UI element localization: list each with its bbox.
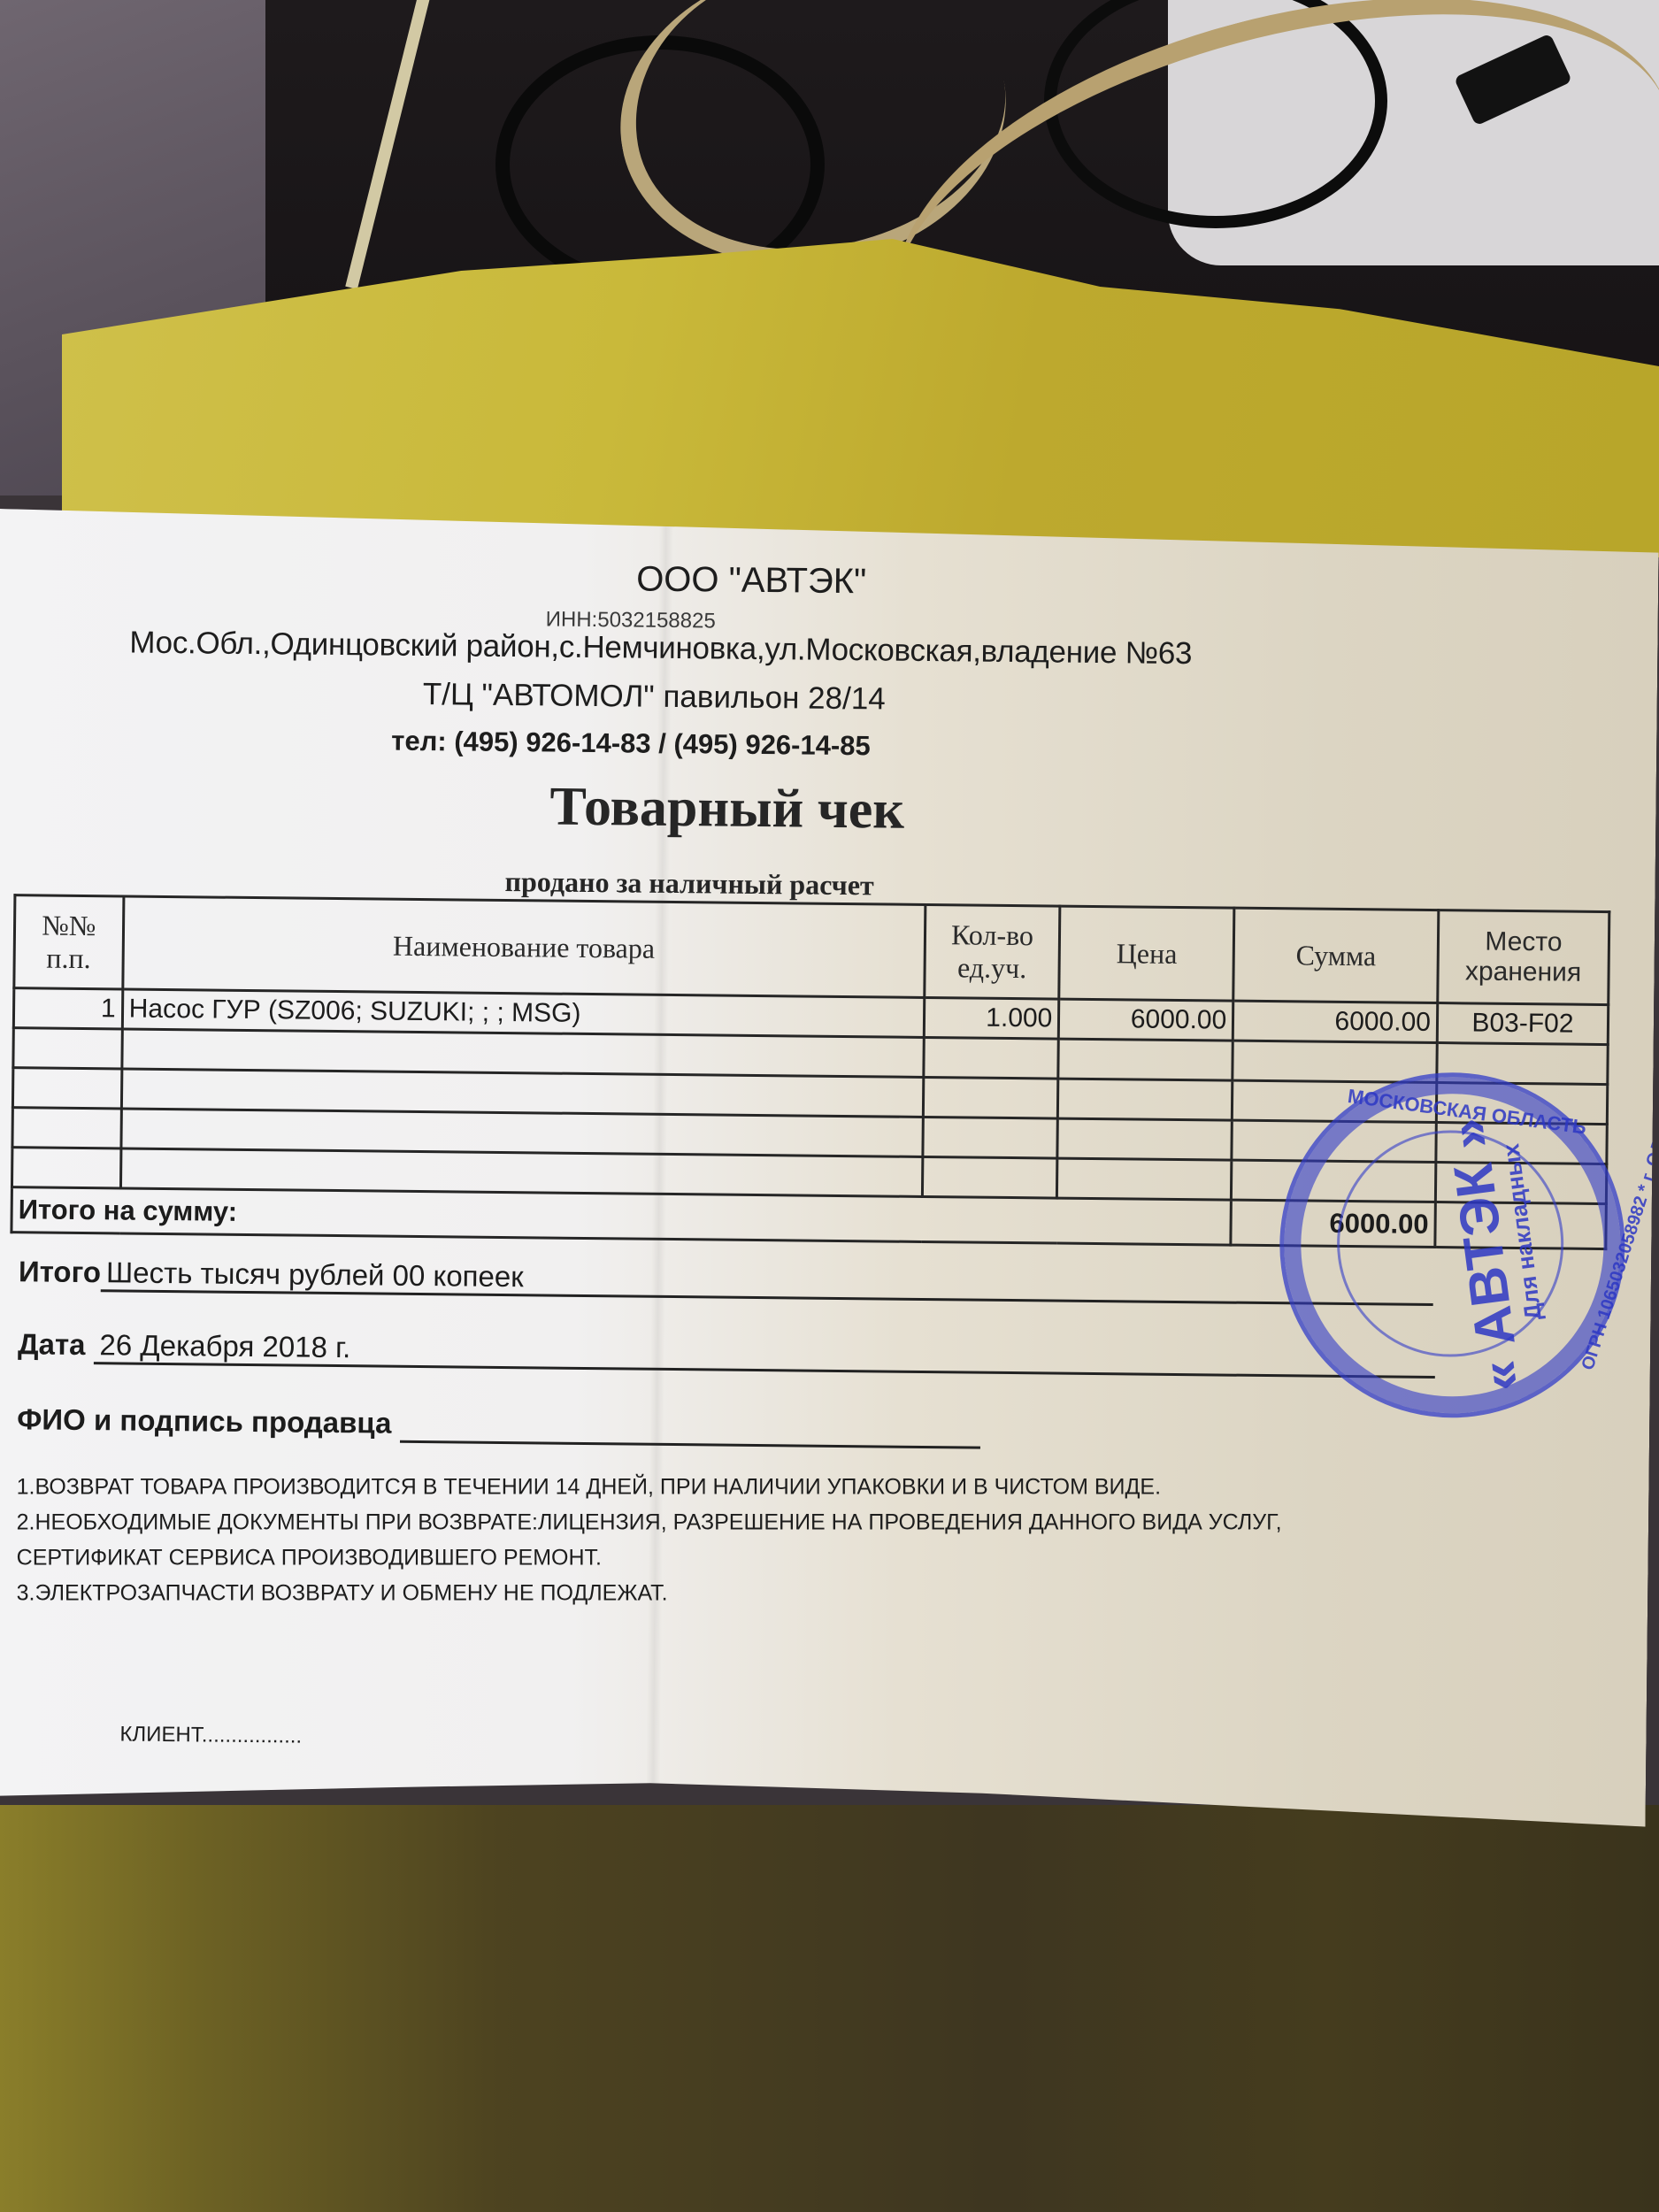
terms-line: сертификат сервиса производившего ремонт… [17, 1540, 1282, 1575]
seller-signature-line: ФИО и подпись продавца [17, 1402, 981, 1448]
sales-receipt: ООО "АВТЭК" ИНН:5032158825 Мос.Обл.,Один… [0, 509, 1659, 1854]
header-quantity: Кол-во ед.уч. [925, 904, 1061, 999]
terms-line: 2.Необходимые документы при возврате:лиц… [17, 1504, 1282, 1540]
row-quantity: 1.000 [924, 997, 1059, 1039]
terms-line: 1.Возврат товара производится в течении … [17, 1469, 1282, 1504]
company-address: Мос.Обл.,Одинцовский район,с.Немчиновка,… [129, 626, 1192, 672]
header-location: Место хранения [1438, 910, 1609, 1005]
client-signature: КЛИЕНТ................. [119, 1722, 302, 1748]
header-name: Наименование товара [122, 896, 925, 997]
table-header-row: №№ п.п. Наименование товара Кол-во ед.уч… [14, 895, 1609, 1005]
date-label: Дата [18, 1327, 86, 1361]
row-location: B03-F02 [1437, 1003, 1609, 1045]
header-location-line1: Место [1445, 926, 1602, 958]
header-quantity-line1: Кол-во [932, 918, 1054, 952]
header-number-line2: п.п. [20, 941, 116, 975]
document-subtitle: продано за наличный расчет [504, 865, 874, 902]
header-quantity-line2: ед.уч. [931, 951, 1053, 985]
seller-signature-field [400, 1407, 980, 1449]
date-line: Дата26 Декабря 2018 г. [18, 1327, 1436, 1379]
seller-signature-label: ФИО и подпись продавца [17, 1402, 392, 1439]
company-pavilion: Т/Ц "АВТОМОЛ" павильон 28/14 [423, 677, 886, 717]
header-number: №№ п.п. [14, 895, 124, 989]
date-value: 26 Декабря 2018 г. [94, 1328, 1435, 1379]
return-terms: 1.Возврат товара производится в течении … [17, 1469, 1282, 1610]
document-title: Товарный чек [549, 776, 904, 842]
total-in-words-value: Шесть тысяч рублей 00 копеек [101, 1256, 1433, 1306]
total-in-words-label: Итого [19, 1255, 101, 1288]
total-in-words: ИтогоШесть тысяч рублей 00 копеек [19, 1255, 1433, 1306]
row-price: 6000.00 [1059, 999, 1233, 1041]
header-price: Цена [1059, 906, 1234, 1001]
header-number-line1: №№ [21, 909, 117, 942]
company-phone: тел: (495) 926-14-83 / (495) 926-14-85 [391, 726, 871, 763]
goods-table: №№ п.п. Наименование товара Кол-во ед.уч… [10, 894, 1610, 1250]
total-value: 6000.00 [1231, 1200, 1435, 1247]
row-sum: 6000.00 [1233, 1001, 1438, 1042]
header-location-line2: хранения [1444, 956, 1601, 988]
row-number: 1 [13, 988, 122, 1029]
company-name: ООО "АВТЭК" [636, 560, 866, 603]
yellow-bag-bottom [0, 1805, 1659, 2212]
terms-line: 3.Электрозапчасти возврату и обмену не п… [17, 1575, 1282, 1610]
header-sum: Сумма [1233, 908, 1439, 1002]
